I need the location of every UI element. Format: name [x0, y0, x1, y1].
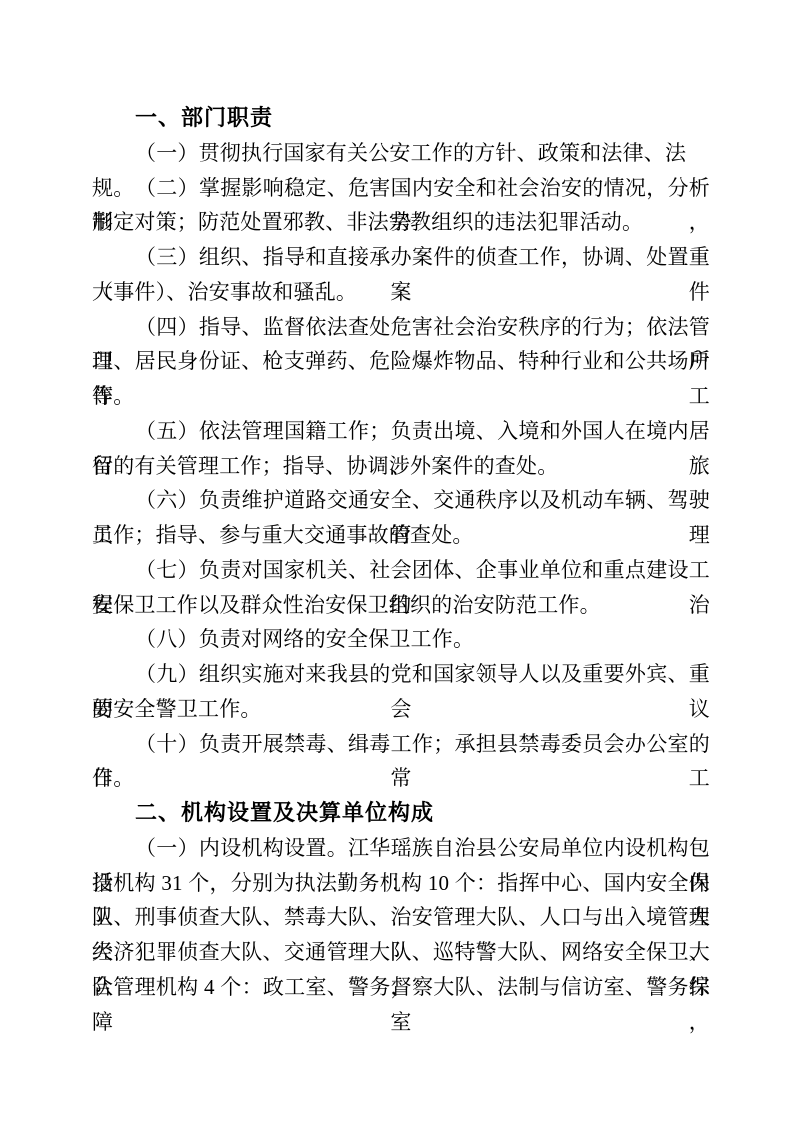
text-line: （九）组织实施对来我县的党和国家领导人以及重要外宾、重要会议: [92, 657, 710, 692]
text-line: （六）负责维护道路交通安全、交通秩序以及机动车辆、驾驶员管理: [92, 483, 710, 518]
text-line: 制定对策；防范处置邪教、非法宗教组织的违法犯罪活动。: [92, 205, 710, 240]
text-line: 口、居民身份证、枪支弹药、危险爆炸物品、特种行业和公共场所等工: [92, 344, 710, 379]
text-line: （七）负责对国家机关、社会团体、企事业单位和重点建设工程的治: [92, 553, 710, 588]
text-line: 经济犯罪侦查大队、交通管理大队、巡特警大队、网络安全保卫大队，综: [92, 935, 710, 970]
text-line: （五）依法管理国籍工作；负责出境、入境和外国人在境内居留、旅: [92, 414, 710, 449]
text-line: （一）贯彻执行国家有关公安工作的方针、政策和法律、法规。: [92, 136, 710, 171]
text-line: （四）指导、监督依法查处危害社会治安秩序的行为；依法管理户: [92, 310, 710, 345]
text-line: （一）内设机构设置。江华瑶族自治县公安局单位内设机构包括：内: [92, 831, 710, 866]
text-line: （二）掌握影响稳定、危害国内安全和社会治安的情况，分析形势，: [92, 171, 710, 206]
document-body: 一、部门职责（一）贯彻执行国家有关公安工作的方针、政策和法律、法规。（二）掌握影…: [92, 101, 710, 1005]
section-heading: 一、部门职责: [92, 101, 710, 136]
text-line: （十）负责开展禁毒、缉毒工作；承担县禁毒委员会办公室的日常工: [92, 727, 710, 762]
text-line: （八）负责对网络的安全保卫工作。: [92, 622, 710, 657]
text-line: 合管理机构 4 个：政工室、警务督察大队、法制与信访室、警务保障室，: [92, 970, 710, 1005]
text-line: （三）组织、指导和直接承办案件的侦查工作，协调、处置重大案件: [92, 240, 710, 275]
document-page: 一、部门职责（一）贯彻执行国家有关公安工作的方针、政策和法律、法规。（二）掌握影…: [0, 0, 793, 1122]
text-line: 队、刑事侦查大队、禁毒大队、治安管理大队、人口与出入境管理大队、: [92, 900, 710, 935]
text-line: 设机构 31 个，分别为执法勤务机构 10 个：指挥中心、国内安全保卫大: [92, 866, 710, 901]
section-heading: 二、机构设置及决算单位构成: [92, 796, 710, 831]
